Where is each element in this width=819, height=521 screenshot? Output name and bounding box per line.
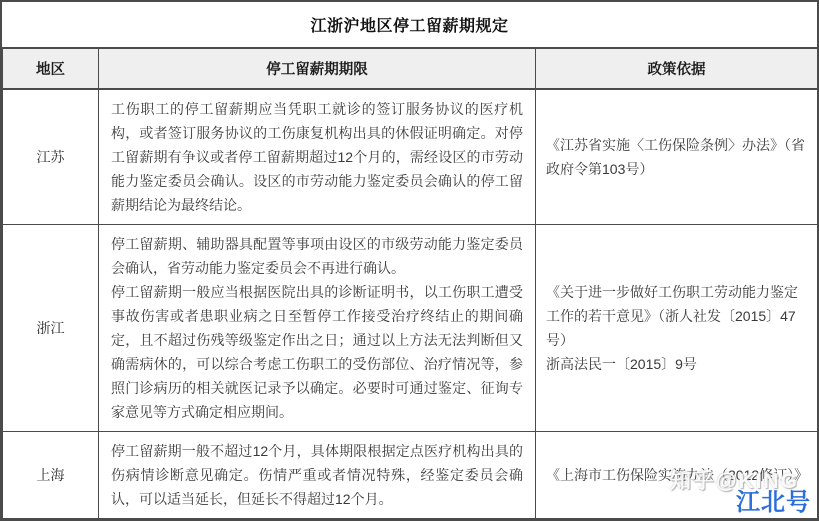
policy-paragraph: 浙高法民一〔2015〕9号 bbox=[546, 352, 807, 376]
region-label: 上海 bbox=[3, 432, 99, 519]
limit-paragraph: 停工留薪期一般不超过12个月，具体期限根据定点医疗机构出具的伤病情诊断意见确定。… bbox=[111, 439, 523, 511]
policy-paragraph: 《关于进一步做好工伤职工劳动能力鉴定工作的若干意见》（浙人社发〔2015〕47号… bbox=[546, 280, 807, 352]
limit-text: 停工留薪期一般不超过12个月，具体期限根据定点医疗机构出具的伤病情诊断意见确定。… bbox=[99, 432, 536, 519]
header-policy: 政策依据 bbox=[536, 48, 818, 89]
region-label: 江苏 bbox=[3, 89, 99, 225]
table-row-zhejiang: 浙江 停工留薪期、辅助器具配置等事项由设区的市级劳动能力鉴定委员会确认，省劳动能… bbox=[3, 225, 818, 432]
table-header-row: 地区 停工留薪期期限 政策依据 bbox=[3, 48, 818, 89]
header-limit: 停工留薪期期限 bbox=[99, 48, 536, 89]
table-row-shanghai: 上海 停工留薪期一般不超过12个月，具体期限根据定点医疗机构出具的伤病情诊断意见… bbox=[3, 432, 818, 519]
policy-text: 《关于进一步做好工伤职工劳动能力鉴定工作的若干意见》（浙人社发〔2015〕47号… bbox=[536, 225, 818, 432]
limit-paragraph: 工伤职工的停工留薪期应当凭职工就诊的签订服务协议的医疗机构，或者签订服务协议的工… bbox=[111, 97, 523, 217]
policy-text: 《江苏省实施〈工伤保险条例〉办法》（省政府令第103号） bbox=[536, 89, 818, 225]
table-row-jiangsu: 江苏 工伤职工的停工留薪期应当凭职工就诊的签订服务协议的医疗机构，或者签订服务协… bbox=[3, 89, 818, 225]
limit-text: 停工留薪期、辅助器具配置等事项由设区的市级劳动能力鉴定委员会确认，省劳动能力鉴定… bbox=[99, 225, 536, 432]
title-bar: 江浙沪地区停工留薪期规定 bbox=[2, 2, 817, 47]
region-label: 浙江 bbox=[3, 225, 99, 432]
limit-text: 工伤职工的停工留薪期应当凭职工就诊的签订服务协议的医疗机构，或者签订服务协议的工… bbox=[99, 89, 536, 225]
header-region: 地区 bbox=[3, 48, 99, 89]
limit-paragraph: 停工留薪期一般应当根据医院出具的诊断证明书，以工伤职工遭受事故伤害或者患职业病之… bbox=[111, 280, 523, 424]
limit-paragraph: 停工留薪期、辅助器具配置等事项由设区的市级劳动能力鉴定委员会确认，省劳动能力鉴定… bbox=[111, 232, 523, 280]
page-title: 江浙沪地区停工留薪期规定 bbox=[310, 13, 508, 36]
regulation-table: 地区 停工留薪期期限 政策依据 江苏 工伤职工的停工留薪期应当凭职工就诊的签订服… bbox=[2, 47, 818, 519]
policy-paragraph: 《江苏省实施〈工伤保险条例〉办法》（省政府令第103号） bbox=[546, 133, 807, 181]
regulation-table-page: 江浙沪地区停工留薪期规定 地区 停工留薪期期限 政策依据 江苏 工伤职工的停工留… bbox=[0, 0, 819, 521]
jiangbei-badge: 江北号 bbox=[736, 482, 811, 517]
